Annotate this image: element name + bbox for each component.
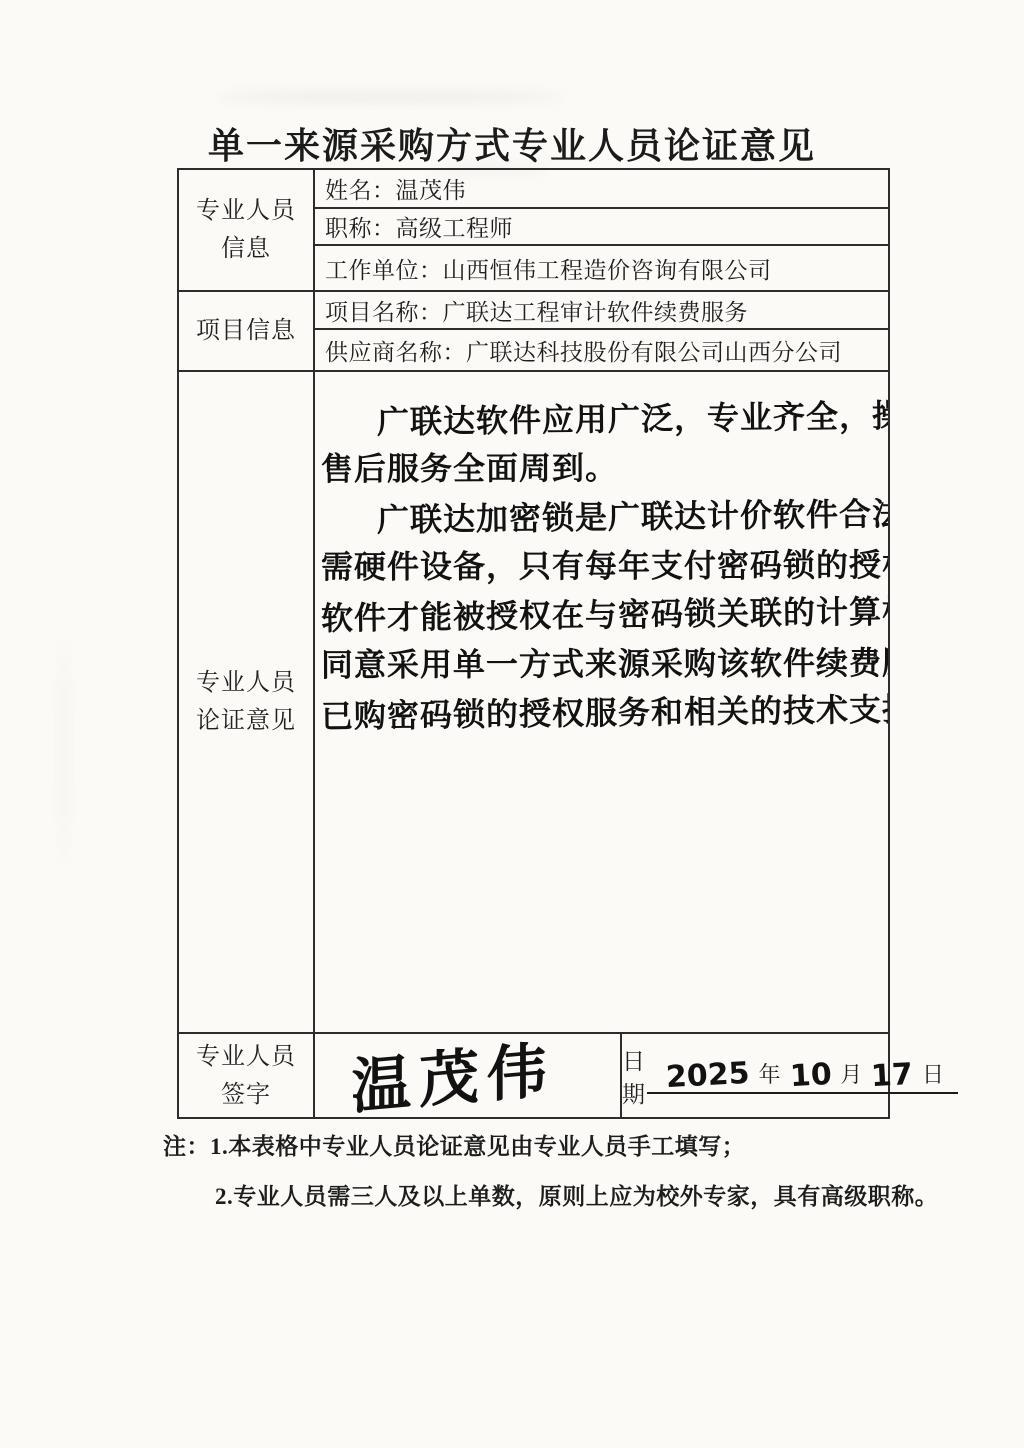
opinion-line: 广联达软件应用广泛，专业齐全，操作性强， — [377, 393, 885, 448]
project-info-section: 项目信息 项目名称：广联达工程审计软件续费服务 供应商名称：广联达科技股份有限公… — [179, 292, 888, 372]
handwritten-month: 10 — [789, 1061, 832, 1089]
supplier-field-row: 供应商名称：广联达科技股份有限公司山西分公司 — [315, 330, 888, 370]
date-label: 日期 — [622, 1043, 645, 1109]
form-table: 专业人员 信息 姓名：温茂伟 职称：高级工程师 工作单位：山西恒伟工程造价咨询有… — [177, 168, 890, 1119]
opinion-line: 软件才能被授权在与密码锁关联的计算机上运行。 — [321, 589, 885, 645]
paper-smudge — [60, 640, 68, 860]
employer-field-row: 工作单位：山西恒伟工程造价咨询有限公司 — [315, 246, 888, 290]
date-cell: 日期 2025 年 10 月 17 日 — [622, 1034, 958, 1117]
opinion-section-label-line1: 专业人员 — [196, 664, 296, 702]
project-section-label-text: 项目信息 — [196, 312, 296, 350]
personnel-section-label: 专业人员 信息 — [179, 170, 315, 290]
name-field-row: 姓名：温茂伟 — [315, 170, 888, 209]
page-title: 单一来源采购方式专业人员论证意见 — [0, 118, 1024, 169]
project-name-field-row: 项目名称：广联达工程审计软件续费服务 — [315, 292, 888, 330]
signature-section-label: 专业人员 签字 — [179, 1034, 315, 1117]
handwritten-year: 2025 — [665, 1060, 750, 1090]
note-2-text: 2.专业人员需三人及以上单数，原则上应为校外专家，具有高级职称。 — [215, 1184, 938, 1209]
opinion-line: 需硬件设备，只有每年支付密码锁的授权费用，该 — [321, 542, 884, 593]
personnel-section-label-line1: 专业人员 — [196, 192, 296, 230]
signature-section-label-line2: 签字 — [221, 1076, 271, 1114]
project-fields: 项目名称：广联达工程审计软件续费服务 供应商名称：广联达科技股份有限公司山西分公… — [315, 292, 888, 370]
opinion-line: 广联达加密锁是广联达计价软件合法使用的必 — [377, 491, 885, 546]
paper-smudge — [215, 92, 565, 102]
note-line-1: 注：1.本表格中专业人员论证意见由专业人员手工填写； — [163, 1128, 923, 1161]
year-unit-label: 年 — [759, 1058, 781, 1089]
signature-section-label-line1: 专业人员 — [196, 1038, 296, 1076]
note-line-2: 2.专业人员需三人及以上单数，原则上应为校外专家，具有高级职称。 — [215, 1178, 923, 1211]
opinion-line: 同意采用单一方式来源采购该软件续费服务，取得 — [321, 640, 884, 691]
handwritten-day: 17 — [871, 1061, 914, 1089]
opinion-section-label: 专业人员 论证意见 — [179, 372, 315, 1032]
job-title-field-row: 职称：高级工程师 — [315, 209, 888, 246]
signature-section: 专业人员 签字 温茂伟 日期 2025 年 10 月 17 日 — [179, 1034, 888, 1117]
project-section-label: 项目信息 — [179, 292, 315, 370]
date-underline: 2025 年 10 月 17 日 — [647, 1058, 958, 1094]
scanned-form-page: 单一来源采购方式专业人员论证意见 专业人员 信息 姓名：温茂伟 职称：高级工程师… — [0, 0, 1024, 1448]
opinion-section-label-line2: 论证意见 — [196, 702, 296, 740]
opinion-line: 已购密码锁的授权服务和相关的技术支持。 — [321, 687, 885, 743]
opinion-section: 专业人员 论证意见 广联达软件应用广泛，专业齐全，操作性强， 售后服务全面周到。… — [179, 372, 888, 1034]
month-unit-label: 月 — [840, 1058, 862, 1089]
handwritten-signature: 温茂伟 — [351, 1021, 554, 1125]
opinion-line: 售后服务全面周到。 — [321, 444, 884, 495]
footer-notes: 注：1.本表格中专业人员论证意见由专业人员手工填写； 2.专业人员需三人及以上单… — [163, 1128, 923, 1211]
signature-cell: 温茂伟 — [315, 1034, 622, 1117]
personnel-section-label-line2: 信息 — [221, 230, 271, 268]
opinion-handwritten-text: 广联达软件应用广泛，专业齐全，操作性强， 售后服务全面周到。 广联达加密锁是广联… — [315, 372, 888, 1032]
personnel-info-section: 专业人员 信息 姓名：温茂伟 职称：高级工程师 工作单位：山西恒伟工程造价咨询有… — [179, 170, 888, 292]
day-unit-label: 日 — [922, 1058, 944, 1089]
note-prefix: 注： — [163, 1134, 210, 1159]
personnel-fields: 姓名：温茂伟 职称：高级工程师 工作单位：山西恒伟工程造价咨询有限公司 — [315, 170, 888, 290]
note-1-text: 1.本表格中专业人员论证意见由专业人员手工填写； — [210, 1134, 745, 1159]
